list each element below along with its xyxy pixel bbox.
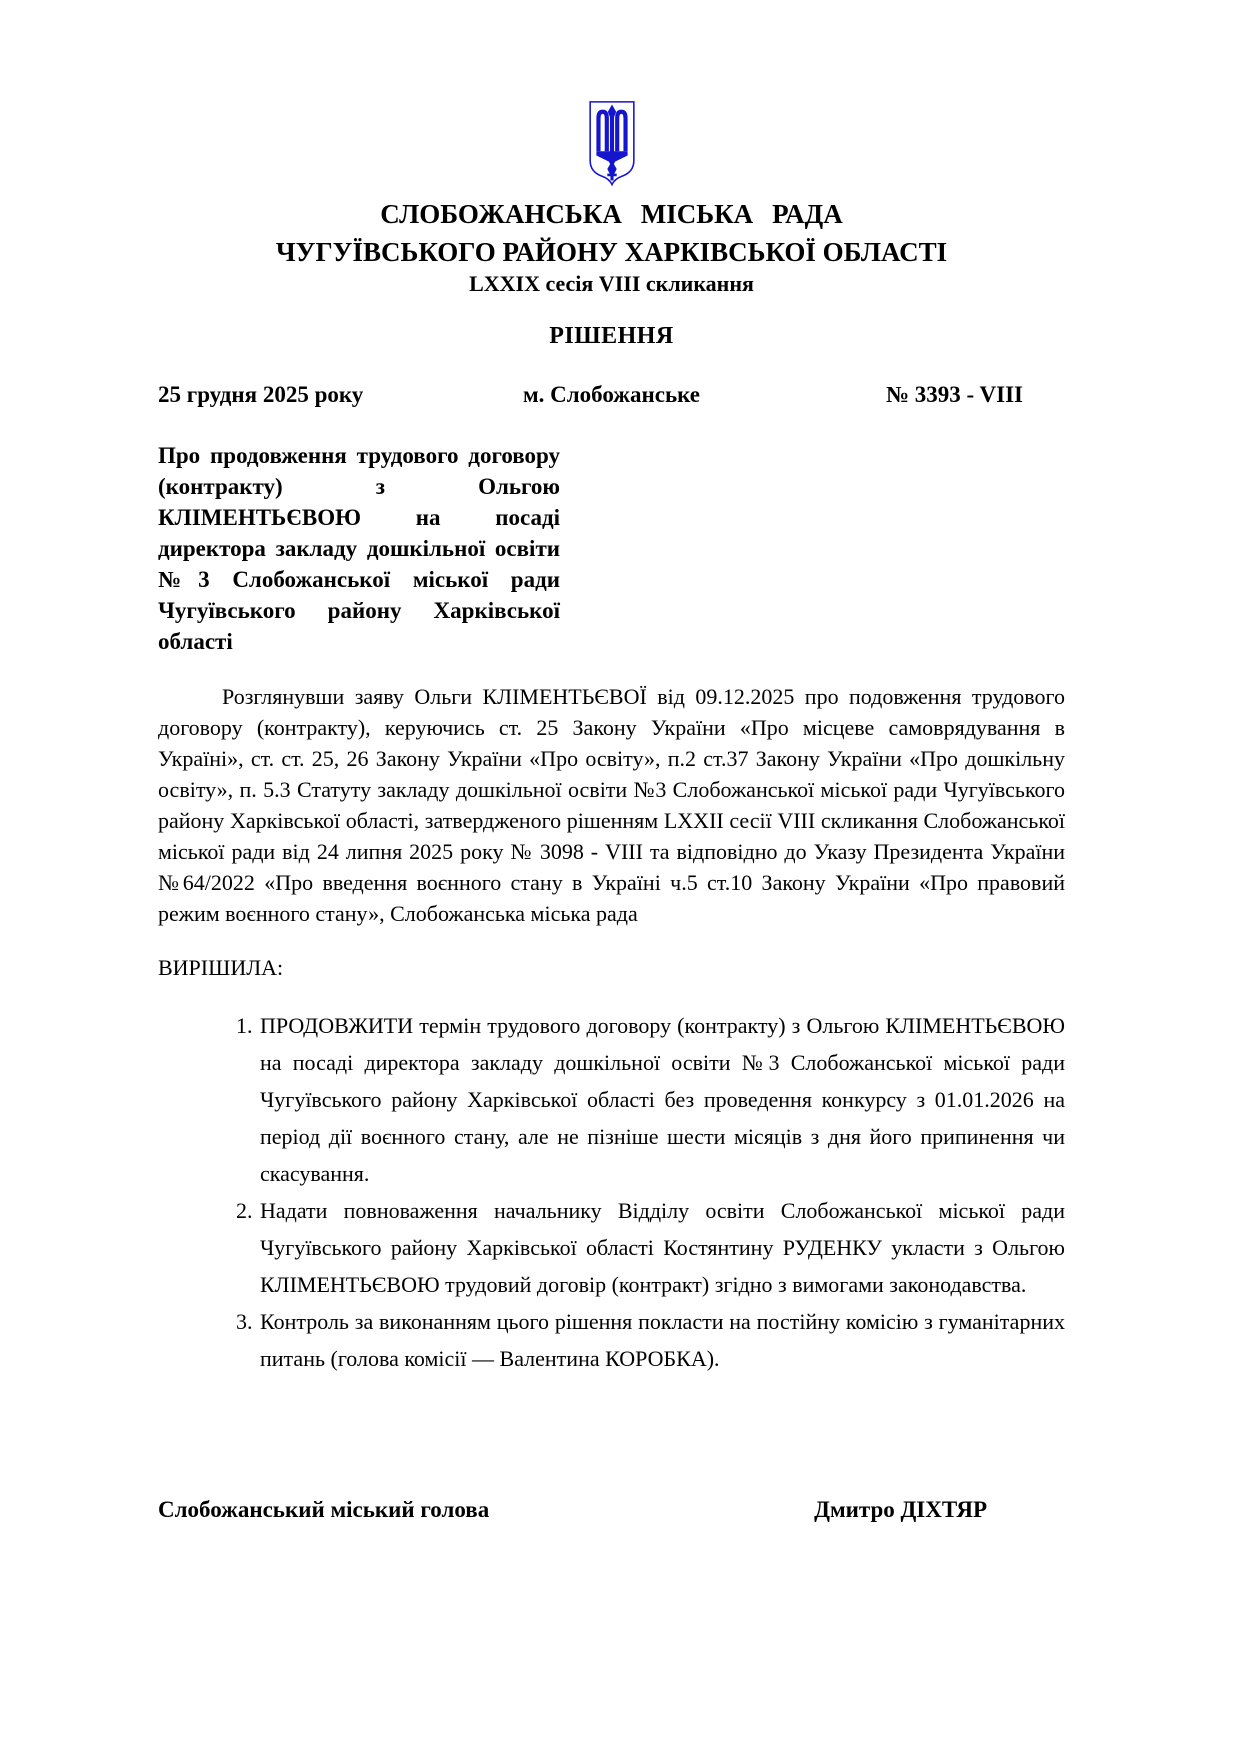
document-number: № 3393 - VIII	[700, 382, 1065, 408]
preamble-paragraph: Розглянувши заяву Ольги КЛІМЕНТЬЄВОЇ від…	[158, 681, 1065, 929]
signature-row: Слобожанський міський голова Дмитро ДІХТ…	[158, 1497, 1065, 1523]
org-name-line2: ЧУГУЇВСЬКОГО РАЙОНУ ХАРКІВСЬКОЇ ОБЛАСТІ	[158, 236, 1065, 268]
signature-title: Слобожанський міський голова	[158, 1497, 489, 1523]
document-type-heading: РІШЕННЯ	[158, 323, 1065, 350]
emblem-container	[158, 100, 1065, 192]
resolution-item-3: Контроль за виконанням цього рішення пок…	[258, 1303, 1065, 1377]
ukraine-trident-emblem-icon	[586, 100, 638, 188]
decision-document-page: СЛОБОЖАНСЬКА МІСЬКА РАДА ЧУГУЇВСЬКОГО РА…	[0, 0, 1240, 1754]
document-subject: Про продовження трудового договору (конт…	[158, 440, 560, 657]
meta-row: 25 грудня 2025 року м. Слобожанське № 33…	[158, 382, 1065, 408]
document-place: м. Слобожанське	[523, 382, 700, 408]
resolution-list: ПРОДОВЖИТИ термін трудового договору (ко…	[158, 1007, 1065, 1377]
session-line: LXXIX сесія VIII скликання	[158, 270, 1065, 297]
document-date: 25 грудня 2025 року	[158, 382, 523, 408]
resolved-heading: ВИРІШИЛА:	[158, 955, 1065, 981]
resolution-item-2: Надати повноваження начальнику Відділу о…	[258, 1192, 1065, 1303]
org-name-line1: СЛОБОЖАНСЬКА МІСЬКА РАДА	[158, 198, 1065, 230]
signature-name: Дмитро ДІХТЯР	[814, 1497, 987, 1523]
resolution-item-1: ПРОДОВЖИТИ термін трудового договору (ко…	[258, 1007, 1065, 1192]
